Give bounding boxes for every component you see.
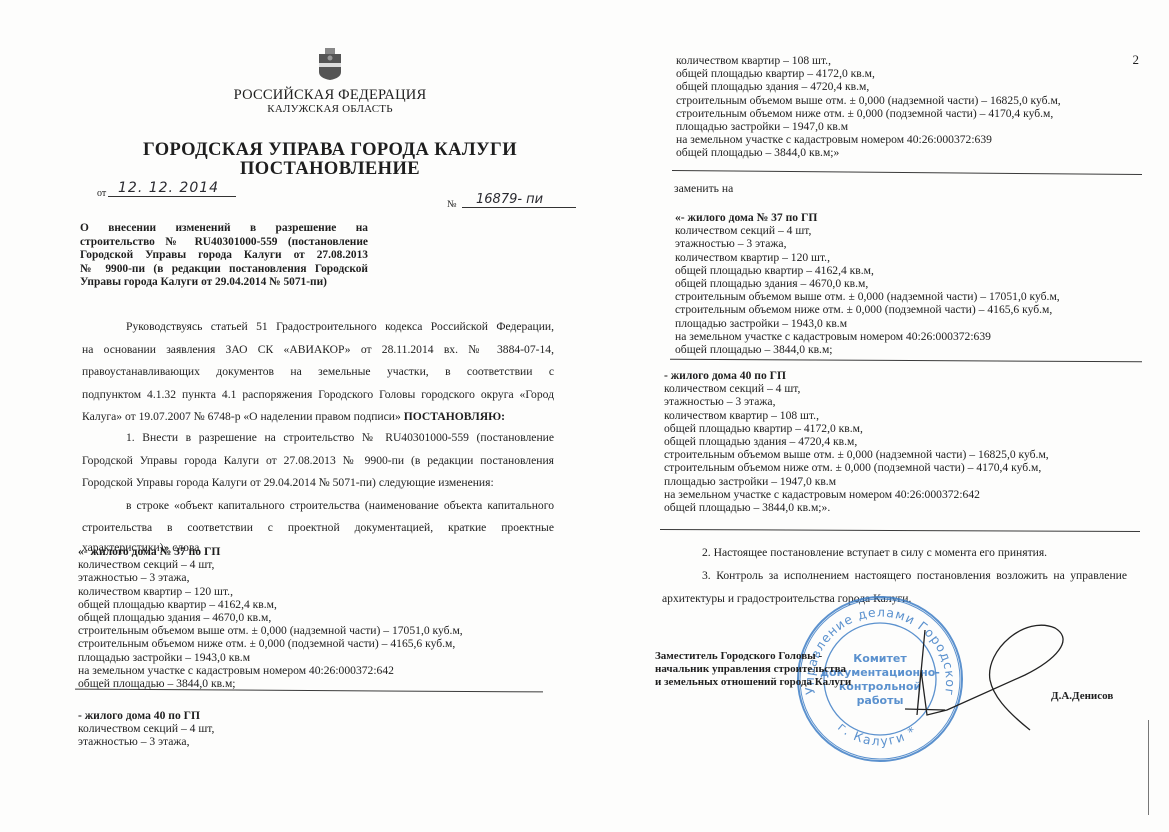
page-number: 2	[1133, 52, 1140, 68]
block-heading: - жилого дома 40 по ГП	[664, 369, 1049, 382]
block-line: этажностью – 3 этажа,	[78, 571, 463, 584]
block-line: общей площадью квартир – 4162,4 кв.м,	[78, 598, 463, 611]
date-prefix-label: от	[97, 188, 106, 199]
old-block-house-40-continued: количеством квартир – 108 шт., общей пло…	[676, 54, 1061, 160]
subject-line: Городской Управы города Калуги от 27.08.…	[80, 249, 368, 263]
block-line: количеством квартир – 108 шт.,	[664, 409, 1049, 422]
replace-with-label: заменить на	[674, 182, 733, 195]
document-type-title: ПОСТАНОВЛЕНИЕ	[110, 159, 550, 180]
item-2-line: 2. Настоящее постановление вступает в си…	[662, 541, 1127, 564]
block-line: строительным объемом ниже отм. ± 0,000 (…	[78, 637, 463, 650]
block-line: количеством секций – 4 шт,	[78, 558, 463, 571]
block-line: строительным объемом ниже отм. ± 0,000 (…	[676, 107, 1061, 120]
block-line: количеством секций – 4 шт,	[664, 382, 1049, 395]
block-line: общей площадью здания – 4670,0 кв.м,	[78, 611, 463, 624]
item-1-line: Городской Управы города Калуги от 29.04.…	[82, 472, 554, 495]
block-line: строительным объемом выше отм. ± 0,000 (…	[676, 94, 1061, 107]
signatory-name: Д.А.Денисов	[1051, 690, 1113, 702]
block-line: площадью застройки – 1947,0 кв.м	[676, 120, 1061, 133]
block-line: этажностью – 3 этажа,	[664, 395, 1049, 408]
block-line: на земельном участке с кадастровым номер…	[664, 488, 1049, 501]
divider-line	[75, 689, 543, 693]
subject-line: строительство № RU40301000-559 (постанов…	[80, 236, 368, 250]
block-line: количеством секций – 4 шт,	[78, 722, 214, 735]
block-line: количеством квартир – 108 шт.,	[676, 54, 1061, 67]
document-subject: О внесении изменений в разрешение на стр…	[80, 222, 368, 290]
block-line: количеством квартир – 120 шт.,	[675, 251, 1060, 264]
subject-line: О внесении изменений в разрешение на	[80, 222, 368, 236]
position-line: и земельных отношений города Калуги	[655, 676, 851, 689]
block-line: общей площадью квартир – 4172,0 кв.м,	[664, 422, 1049, 435]
item-3-line: 3. Контроль за исполнением настоящего по…	[662, 564, 1127, 587]
stamp-center-line: работы	[857, 694, 904, 707]
block-line: количеством квартир – 120 шт.,	[78, 585, 463, 598]
preamble-line: Руководствуясь статьей 51 Градостроитель…	[82, 316, 554, 339]
block-line: площадью застройки – 1943,0 кв.м	[675, 317, 1060, 330]
document-page-1: РОССИЙСКАЯ ФЕДЕРАЦИЯ КАЛУЖСКАЯ ОБЛАСТЬ Г…	[0, 0, 590, 832]
block-line: на земельном участке с кадастровым номер…	[78, 664, 463, 677]
block-line: этажностью – 3 этажа,	[78, 735, 214, 748]
subject-line: № 9900-пи (в редакции постановления Горо…	[80, 263, 368, 277]
block-line: общей площадью здания – 4720,4 кв.м,	[676, 80, 1061, 93]
block-heading: «- жилого дома № 37 по ГП	[675, 211, 1060, 224]
item-1-line: 1. Внести в разрешение на строительство …	[82, 427, 554, 450]
block-line: на земельном участке с кадастровым номер…	[675, 330, 1060, 343]
item-1-sub-line: в строке «объект капитального строительс…	[82, 495, 554, 518]
new-block-house-37: «- жилого дома № 37 по ГП количеством се…	[675, 211, 1060, 356]
block-line: общей площадью здания – 4670,0 кв.м,	[675, 277, 1060, 290]
page-edge-shadow	[1148, 720, 1149, 815]
position-line: Заместитель Городского Головы -	[655, 650, 851, 663]
organization-title: ГОРОДСКАЯ УПРАВА ГОРОДА КАЛУГИ	[110, 140, 550, 161]
block-line: строительным объемом выше отм. ± 0,000 (…	[78, 624, 463, 637]
resolve-word: ПОСТАНОВЛЯЮ:	[404, 410, 505, 423]
country-heading: РОССИЙСКАЯ ФЕДЕРАЦИЯ	[180, 87, 480, 104]
position-line: начальник управления строительства	[655, 663, 851, 676]
block-line: строительным объемом выше отм. ± 0,000 (…	[675, 290, 1060, 303]
block-line: строительным объемом выше отм. ± 0,000 (…	[664, 448, 1049, 461]
item-1-paragraph: 1. Внести в разрешение на строительство …	[82, 427, 554, 556]
block-line: площадью застройки – 1947,0 кв.м	[664, 475, 1049, 488]
block-line: количеством секций – 4 шт,	[675, 224, 1060, 237]
preamble-line: на основании заявления ЗАО СК «АВИАКОР» …	[82, 339, 554, 362]
block-line: общей площадью квартир – 4162,4 кв.м,	[675, 264, 1060, 277]
preamble-line: подпунктом 4.1.32 пункта 4.1 распоряжени…	[82, 384, 554, 407]
old-block-house-40-start: - жилого дома 40 по ГП количеством секци…	[78, 709, 214, 749]
document-number-handwritten: 16879- пи	[462, 192, 576, 208]
block-line: общей площадью – 3844,0 кв.м;	[675, 343, 1060, 356]
block-line: на земельном участке с кадастровым номер…	[676, 133, 1061, 146]
block-heading: «- жилого дома № 37 по ГП	[78, 545, 463, 558]
block-line: строительным объемом ниже отм. ± 0,000 (…	[664, 461, 1049, 474]
block-line: общей площадью квартир – 4172,0 кв.м,	[676, 67, 1061, 80]
preamble-line: правоустанавливающих документов на земел…	[82, 361, 554, 384]
signatory-position: Заместитель Городского Головы - начальни…	[655, 650, 851, 688]
preamble-paragraph: Руководствуясь статьей 51 Градостроитель…	[82, 316, 554, 429]
block-line: строительным объемом ниже отм. ± 0,000 (…	[675, 303, 1060, 316]
region-heading: КАЛУЖСКАЯ ОБЛАСТЬ	[180, 103, 480, 115]
item-1-sub-line: строительства в соответствии с проектной…	[82, 517, 554, 540]
block-line: площадью застройки – 1943,0 кв.м	[78, 651, 463, 664]
document-date-handwritten: 12. 12. 2014	[108, 180, 236, 197]
stamp-center-line: Комитет	[853, 652, 907, 665]
kaluga-coat-of-arms-icon	[318, 48, 342, 80]
block-line: этажностью – 3 этажа,	[675, 237, 1060, 250]
block-heading: - жилого дома 40 по ГП	[78, 709, 214, 722]
number-prefix-label: №	[447, 199, 457, 210]
preamble-line-text: Калуга» от 19.07.2007 № 6748-р «О наделе…	[82, 410, 401, 423]
preamble-line: Калуга» от 19.07.2007 № 6748-р «О наделе…	[82, 406, 554, 429]
block-line: общей площадью – 3844,0 кв.м;»	[676, 146, 1061, 159]
handwritten-signature	[905, 620, 1080, 740]
old-block-house-37: «- жилого дома № 37 по ГП количеством се…	[78, 545, 463, 690]
subject-line: Управы города Калуги от 29.04.2014 № 507…	[80, 276, 368, 290]
item-1-line: Городской Управы города Калуги от 27.08.…	[82, 450, 554, 473]
new-block-house-40: - жилого дома 40 по ГП количеством секци…	[664, 369, 1049, 514]
block-line: общей площадью здания – 4720,4 кв.м,	[664, 435, 1049, 448]
block-line: общей площадью – 3844,0 кв.м;».	[664, 501, 1049, 514]
